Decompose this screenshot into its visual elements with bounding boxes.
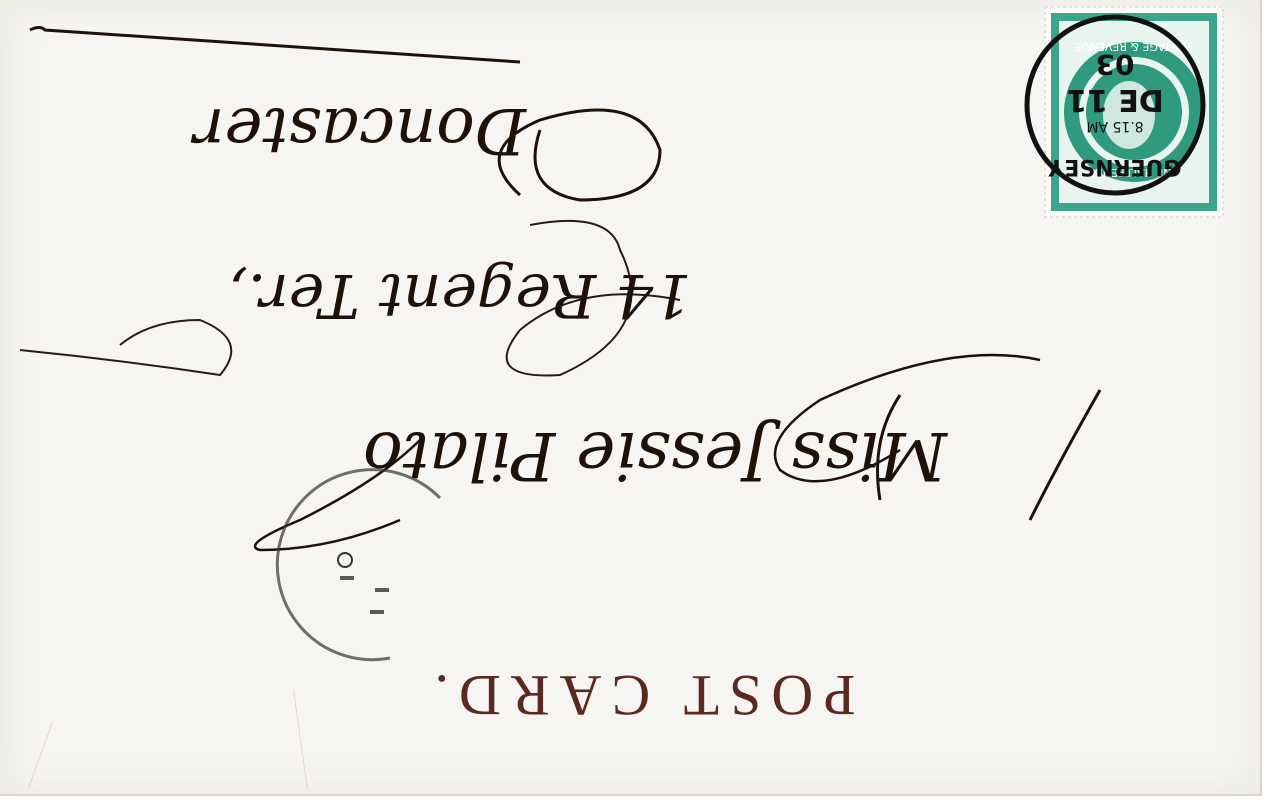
svg-text:03: 03 (1096, 48, 1135, 81)
address-town: Doncaster (40, 70, 680, 190)
address-street: 14 Regent Ter., (40, 230, 880, 360)
guernsey-postmark: GUERNSEY 8.15 AM DE 11 03 (1005, 10, 1220, 200)
svg-text:DE 11: DE 11 (1066, 82, 1164, 117)
postcard: Doncaster 14 Regent Ter., Miss Jessie Pi… (0, 0, 1262, 796)
svg-text:GUERNSEY: GUERNSEY (1047, 154, 1181, 179)
arrival-postmark (270, 458, 470, 668)
svg-text:8.15 AM: 8.15 AM (1086, 118, 1143, 134)
postcard-heading: POST CARD. (395, 660, 885, 730)
